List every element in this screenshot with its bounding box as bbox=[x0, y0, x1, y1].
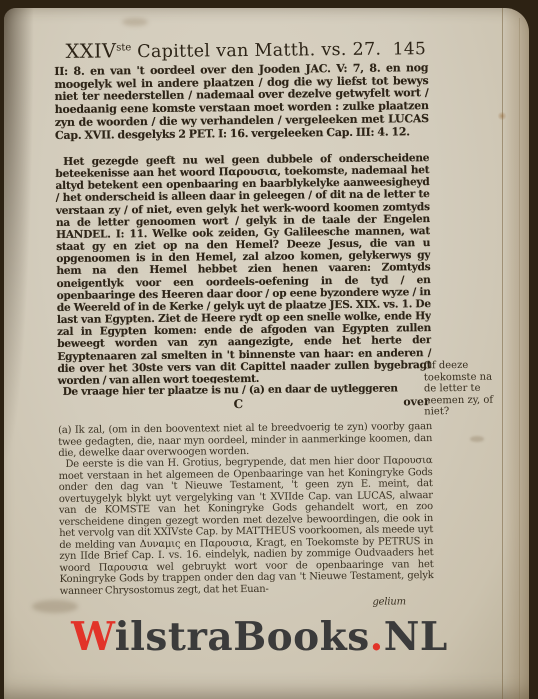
paper-stain bbox=[122, 18, 148, 26]
signature-row: C over bbox=[58, 395, 432, 413]
signature-mark: C bbox=[234, 397, 244, 411]
paper-stain bbox=[32, 600, 78, 613]
page-content: XXIVste Capittel van Matth. vs. 27. 145 … bbox=[54, 36, 428, 40]
body-paragraph-continuation: II: 8. en van 't oordeel over den Jooden… bbox=[54, 62, 429, 156]
chapter-numeral: XXIV bbox=[65, 39, 116, 63]
watermark-text-suffix: NL bbox=[384, 614, 448, 660]
margin-note: Of deeze toekomste na de letter te neeme… bbox=[424, 360, 499, 419]
running-header: XXIVste Capittel van Matth. vs. 27. 145 bbox=[54, 36, 428, 63]
footnote-a-part-1: (a) Ik zal, (om in den booventext niet a… bbox=[58, 421, 432, 460]
body-paragraph-meaning: Het gezegde geeft nu wel geen dubbele of… bbox=[55, 152, 431, 385]
chapter-title: XXIVste Capittel van Matth. vs. 27. bbox=[54, 36, 393, 63]
book-page: XXIVste Capittel van Matth. vs. 27. 145 … bbox=[4, 8, 529, 699]
chapter-title-text: Capittel van Matth. vs. 27. bbox=[131, 40, 381, 63]
watermark-dot: . bbox=[370, 614, 384, 660]
watermark: WilstraBooks.NL bbox=[4, 614, 515, 660]
page-fore-edge bbox=[502, 8, 529, 699]
ordinal-suffix: ste bbox=[116, 42, 131, 53]
catchword-gelium: gelium bbox=[318, 596, 406, 608]
photo-canvas: { "colors": { "paper": "#d3ccbc", "ink":… bbox=[0, 0, 538, 699]
page-number: 145 bbox=[393, 39, 429, 59]
paper-stain bbox=[470, 436, 484, 442]
watermark-letter-w: W bbox=[71, 614, 115, 660]
footnote-a-part-2: De eerste is die van H. Grotius, begrype… bbox=[58, 455, 433, 597]
binding-shadow bbox=[4, 8, 38, 528]
watermark-text-main: ilstraBooks bbox=[115, 614, 370, 660]
